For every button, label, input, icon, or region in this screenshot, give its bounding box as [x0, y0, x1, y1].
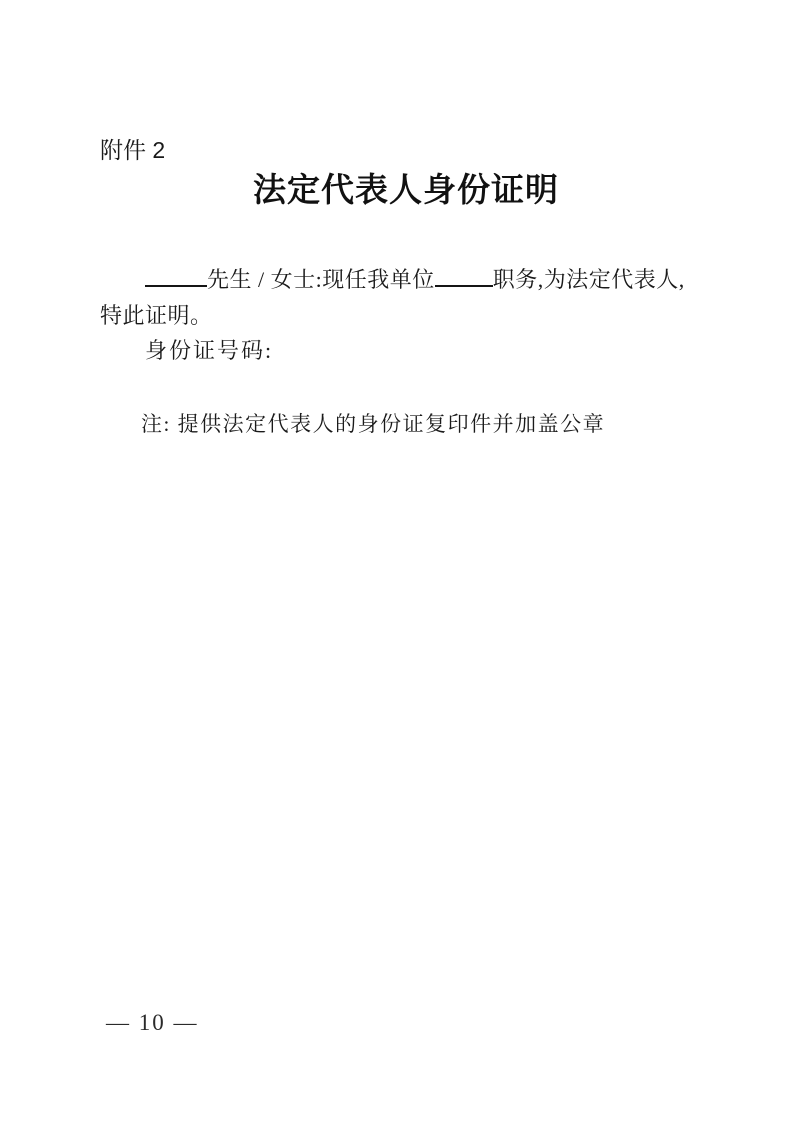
note-text: 注: 提供法定代表人的身份证复印件并加盖公章: [141, 409, 605, 439]
page-number: — 10 —: [106, 1008, 199, 1038]
body-paragraph: 先生 / 女士:现任我单位职务,为法定代表人, 特此证明。: [100, 262, 718, 334]
id-number-label: 身份证号码:: [145, 336, 273, 366]
body-text-segment-1: 先生 / 女士:现任我单位: [207, 267, 435, 292]
body-line-1: 先生 / 女士:现任我单位职务,为法定代表人,: [100, 262, 718, 298]
position-blank-underline: [435, 264, 493, 287]
name-blank-underline: [145, 264, 207, 287]
attachment-label: 附件 2: [100, 135, 165, 165]
body-text-segment-2: 职务,为法定代表人,: [493, 267, 685, 292]
body-line-2: 特此证明。: [100, 298, 718, 334]
document-page: 附件 2 法定代表人身份证明 先生 / 女士:现任我单位职务,为法定代表人, 特…: [0, 0, 793, 1130]
document-title: 法定代表人身份证明: [100, 169, 712, 213]
